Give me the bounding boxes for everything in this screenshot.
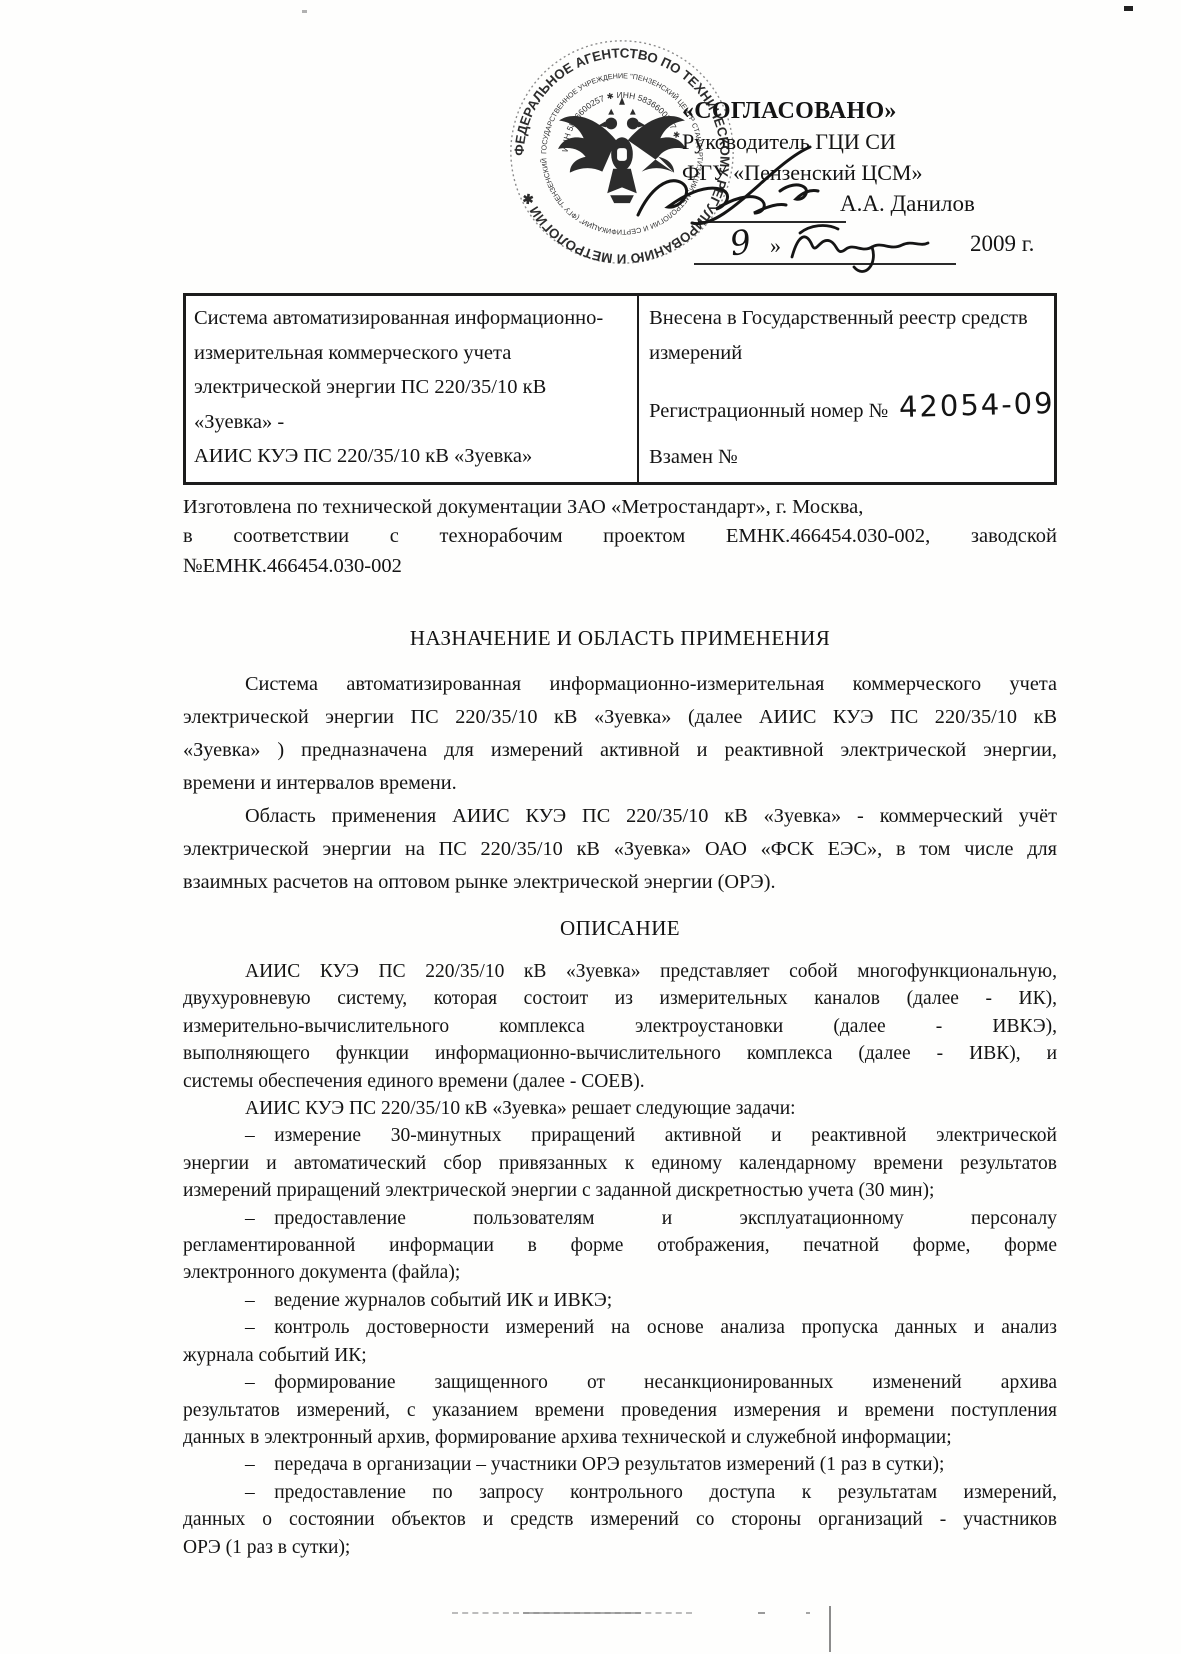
bullet-line: журнала событий ИК; [183, 1342, 1057, 1369]
official-seal-stamp: ФЕДЕРАЛЬНОЕ АГЕНТСТВО ПО ТЕХНИЧЕСКОМУ РЕ… [498, 32, 746, 272]
bullet-line: – формирование защищенного от несанкцион… [183, 1369, 1057, 1396]
system-name-line: электрической энергии ПС 220/35/10 кВ [194, 370, 631, 405]
bullet-line: – предоставление по запросу контрольного… [183, 1479, 1057, 1506]
bullet-line: электронного документа (файла); [183, 1259, 1057, 1286]
handwritten-registration-number: 42054-09 [899, 386, 1055, 424]
approval-year: 2009 г. [970, 231, 1034, 257]
approval-block: «СОГЛАСОВАНО» Руководитель ГЦИ СИ ФГУ «П… [682, 96, 1162, 275]
scan-artifact-dot [806, 1612, 810, 1614]
paragraph-line: «Зуевка» ) предназначена для измерений а… [183, 734, 1057, 767]
paragraph-line: Система автоматизированная информационно… [183, 668, 1057, 701]
paragraph-line: двухуровневую систему, которая состоит и… [183, 985, 1057, 1012]
manufactured-line: в соответствии с технорабочим проектом Е… [183, 522, 1057, 552]
registry-table: Система автоматизированная информационно… [183, 293, 1057, 485]
registry-entry-line: Внесена в Государственный реестр средств [649, 301, 1050, 336]
manufactured-by-paragraph: Изготовлена по технической документации … [183, 493, 1057, 582]
paragraph-line: электрической энергии ПС 220/35/10 кВ «З… [183, 701, 1057, 734]
purpose-paragraph-1: Система автоматизированная информационно… [183, 668, 1057, 800]
purpose-paragraph-2: Область применения АИИС КУЭ ПС 220/35/10… [183, 800, 1057, 899]
bullet-line: энергии и автоматический сбор привязанны… [183, 1150, 1057, 1177]
bullet-line: регламентированной информации в форме от… [183, 1232, 1057, 1259]
bullet-line: данных о состоянии объектов и средств из… [183, 1506, 1057, 1533]
bullet-line: – предоставление пользователям и эксплуа… [183, 1205, 1057, 1232]
paragraph-line: системы обеспечения единого времени (дал… [183, 1068, 1057, 1095]
system-name-line: АИИС КУЭ ПС 220/35/10 кВ «Зуевка» [194, 439, 631, 474]
bullet-line: – контроль достоверности измерений на ос… [183, 1314, 1057, 1341]
bullet-line: – измерение 30-минутных приращений актив… [183, 1122, 1057, 1149]
registry-entry-line: измерений [649, 336, 1050, 371]
scan-artifact-vertical-mark [829, 1606, 831, 1652]
paragraph-line: выполняющего функции информационно-вычис… [183, 1040, 1057, 1067]
paragraph-line: АИИС КУЭ ПС 220/35/10 кВ «Зуевка» предст… [183, 958, 1057, 985]
paragraph-line: измерительно-вычислительного комплекса э… [183, 1013, 1057, 1040]
bullet-line: ОРЭ (1 раз в сутки); [183, 1534, 1057, 1561]
system-name-cell: Система автоматизированная информационно… [186, 296, 639, 482]
handwritten-month-script [786, 217, 946, 283]
scan-artifact-line [523, 1612, 641, 1614]
bullet-line: – ведение журналов событий ИК и ИВКЭ; [183, 1287, 1057, 1314]
manufactured-line: Изготовлена по технической документации … [183, 493, 1057, 523]
paragraph-line: взаимных расчетов на оптовом рынке элект… [183, 866, 1057, 899]
paragraph-line: Область применения АИИС КУЭ ПС 220/35/10… [183, 800, 1057, 833]
replaces-label: Взамен № [649, 446, 1050, 469]
registration-number-label: Регистрационный номер № [649, 400, 888, 422]
paragraph-line: электрической энергии на ПС 220/35/10 кВ… [183, 833, 1057, 866]
scanned-document-page: ФЕДЕРАЛЬНОЕ АГЕНТСТВО ПО ТЕХНИЧЕСКОМУ РЕ… [0, 0, 1181, 1654]
bullet-line: измерений приращений электрической энерг… [183, 1177, 1057, 1204]
system-name-line: измерительная коммерческого учета [194, 336, 631, 371]
description-paragraph: АИИС КУЭ ПС 220/35/10 кВ «Зуевка» предст… [183, 958, 1057, 1561]
scan-artifact-dot [758, 1612, 765, 1614]
bullet-line: результатов измерений, с указанием време… [183, 1397, 1057, 1424]
approval-header: ФЕДЕРАЛЬНОЕ АГЕНТСТВО ПО ТЕХНИЧЕСКОМУ РЕ… [0, 0, 1181, 293]
bullet-line: – передача в организации – участники ОРЭ… [183, 1451, 1057, 1478]
section-heading-purpose: НАЗНАЧЕНИЕ И ОБЛАСТЬ ПРИМЕНЕНИЯ [183, 623, 1057, 653]
system-name-line: «Зуевка» - [194, 405, 631, 440]
registration-number-row: Регистрационный номер № 42054-09 [649, 390, 1050, 428]
registry-info-cell: Внесена в Государственный реестр средств… [639, 296, 1054, 482]
approval-title: «СОГЛАСОВАНО» [682, 96, 1162, 126]
manufactured-line: №ЕМНК.466454.030-002 [183, 552, 1057, 582]
system-name-line: Система автоматизированная информационно… [194, 301, 631, 336]
section-heading-description: ОПИСАНИЕ [183, 913, 1057, 943]
paragraph-line: времени и интервалов времени. [183, 767, 1057, 800]
bullet-line: данных в электронный архив, формирование… [183, 1424, 1057, 1451]
tasks-intro-line: АИИС КУЭ ПС 220/35/10 кВ «Зуевка» решает… [183, 1095, 1057, 1122]
